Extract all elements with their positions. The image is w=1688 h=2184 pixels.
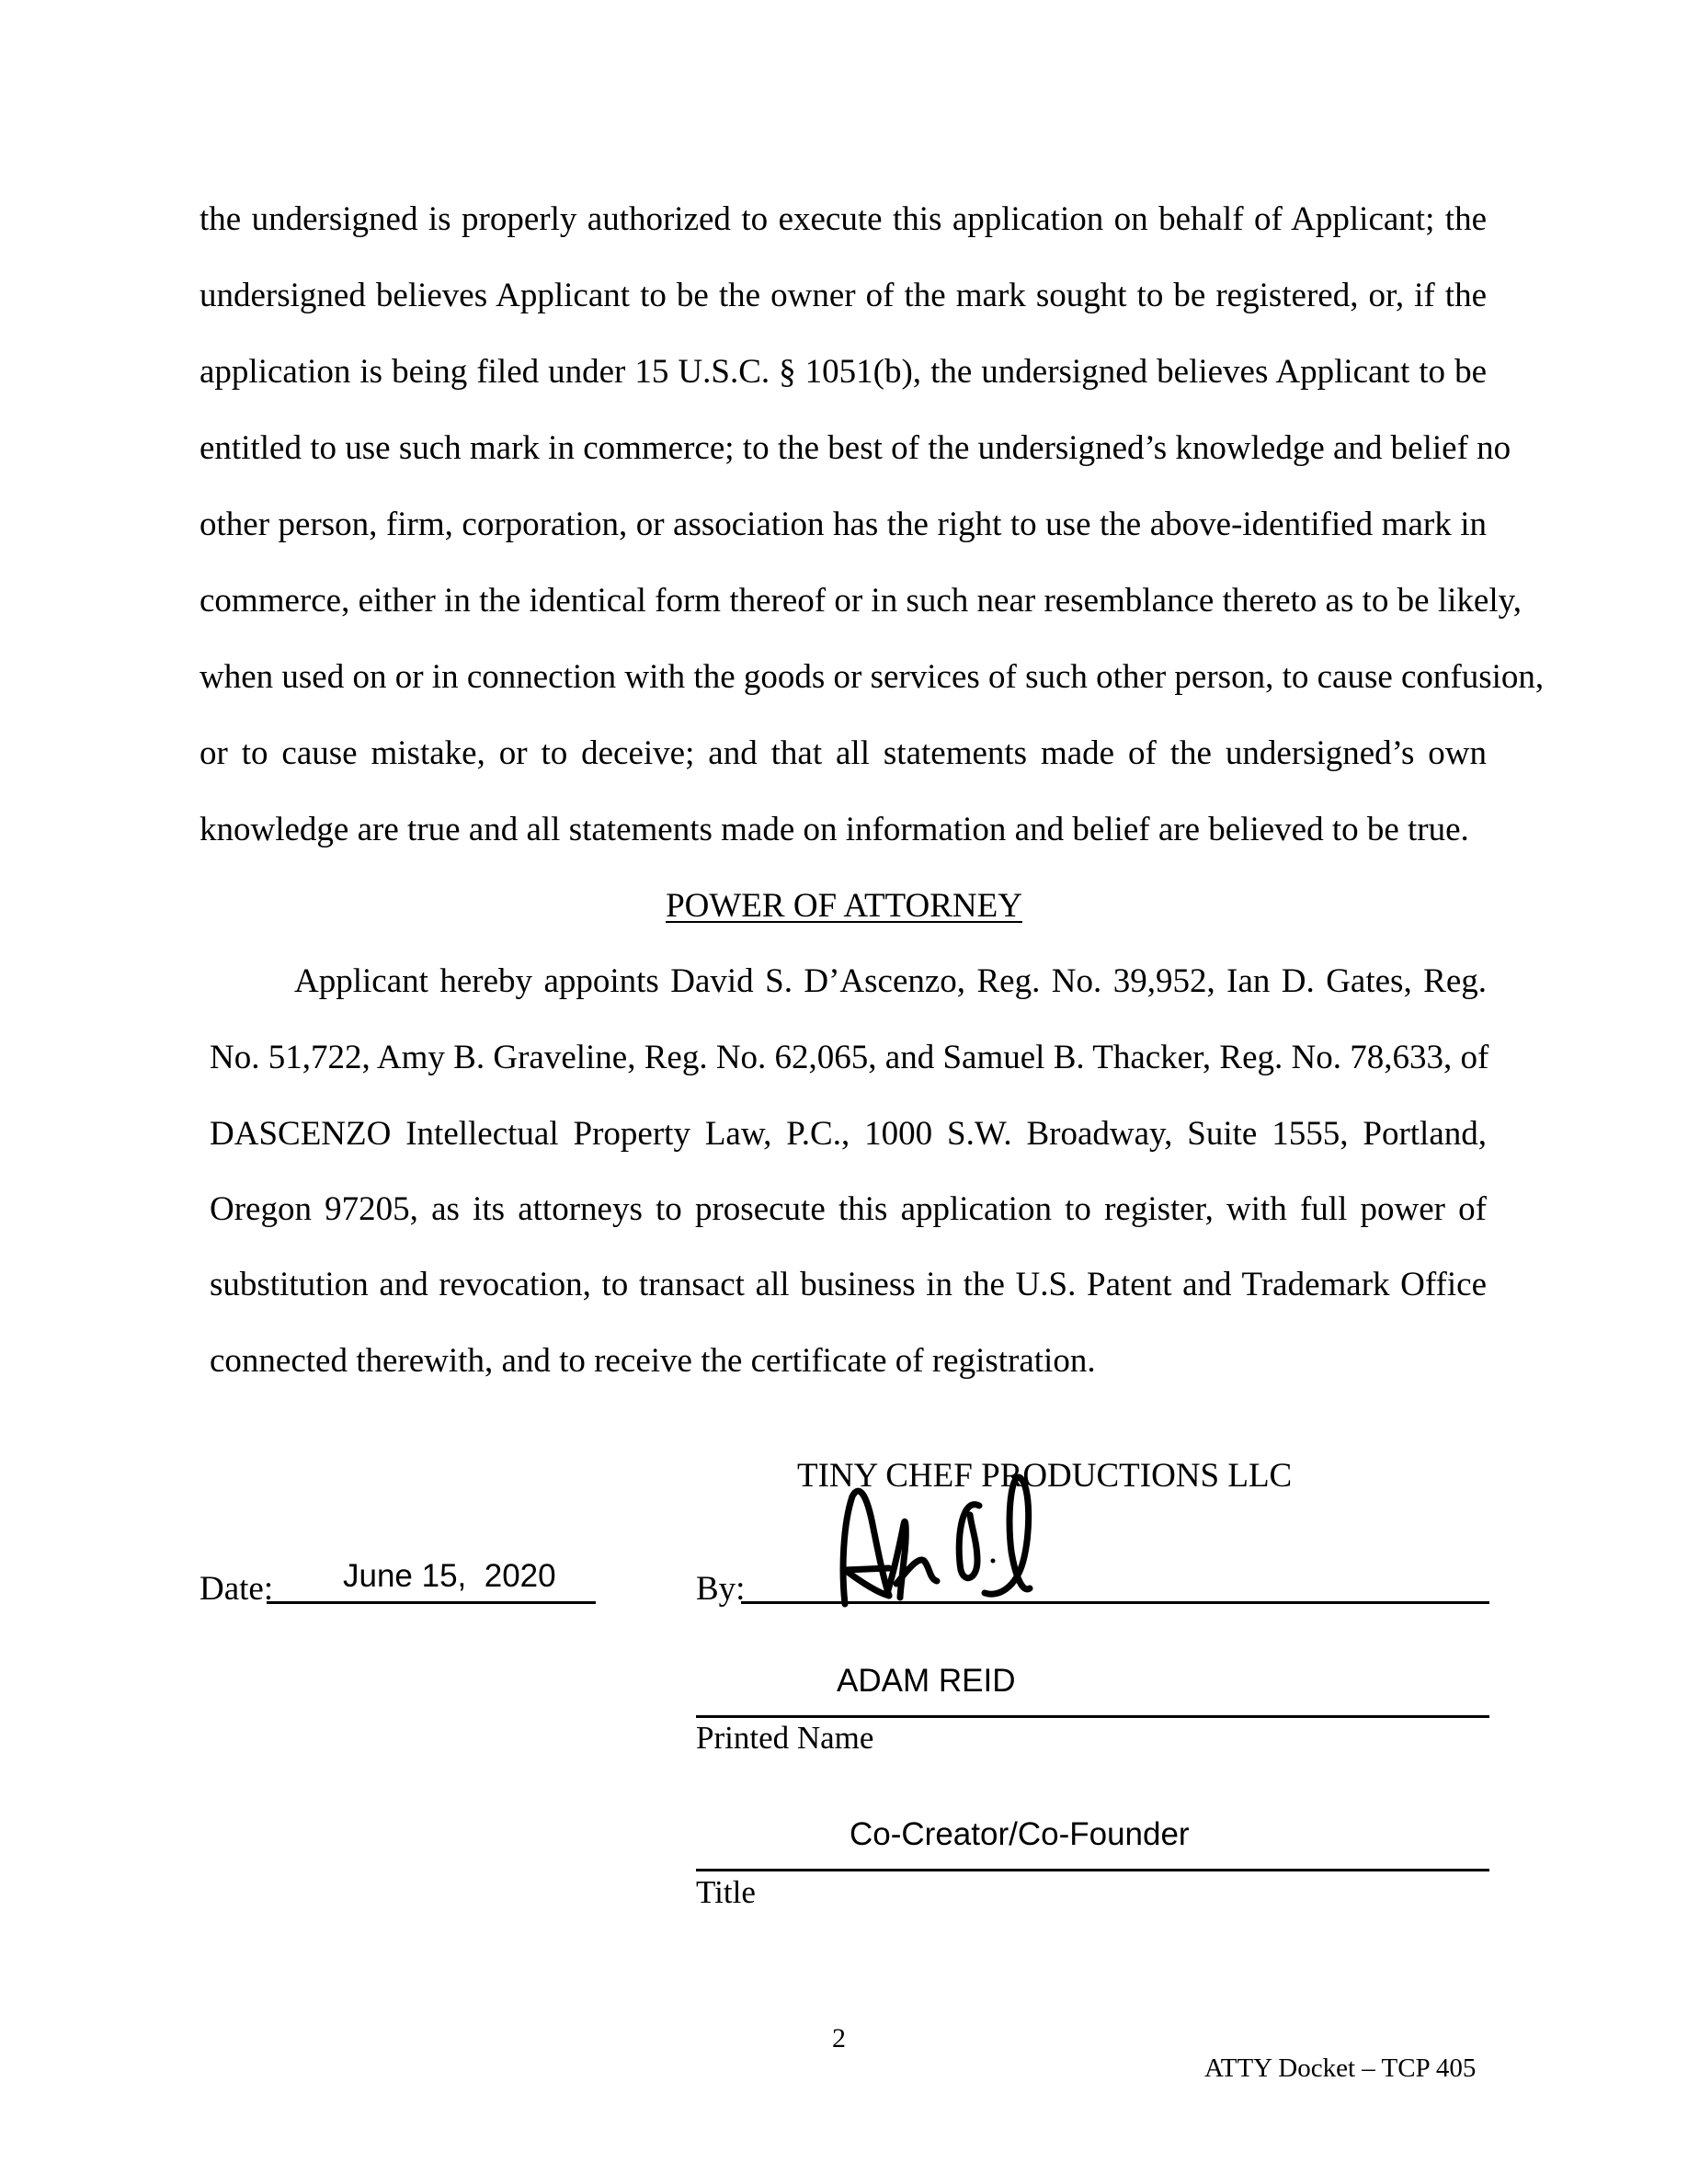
body-line: entitled to use such mark in commerce; t… bbox=[200, 430, 1487, 467]
body-line: commerce, either in the identical form t… bbox=[200, 583, 1487, 620]
page-number: 2 bbox=[832, 2025, 846, 2053]
poa-line: DASCENZO Intellectual Property Law, P.C.… bbox=[210, 1116, 1487, 1153]
body-line: the undersigned is properly authorized t… bbox=[200, 201, 1487, 238]
body-line: undersigned believes Applicant to be the… bbox=[200, 278, 1487, 314]
body-line: knowledge are true and all statements ma… bbox=[200, 812, 1487, 848]
printed-name-label: Printed Name bbox=[696, 1722, 873, 1754]
poa-line: Oregon 97205, as its attorneys to prosec… bbox=[210, 1191, 1487, 1228]
date-underline bbox=[267, 1601, 596, 1604]
docket-number: ATTY Docket – TCP 405 bbox=[1204, 2055, 1476, 2082]
date-field[interactable]: June 15, 2020 bbox=[343, 1560, 556, 1592]
by-label: By: bbox=[696, 1572, 745, 1606]
body-line: when used on or in connection with the g… bbox=[200, 659, 1487, 696]
poa-heading: POWER OF ATTORNEY bbox=[666, 887, 1022, 925]
body-line: application is being filed under 15 U.S.… bbox=[200, 354, 1487, 391]
poa-line: connected therewith, and to receive the … bbox=[210, 1343, 1487, 1380]
body-line: other person, firm, corporation, or asso… bbox=[200, 506, 1487, 543]
printed-name-field[interactable]: ADAM REID bbox=[837, 1665, 1015, 1697]
signature-icon bbox=[823, 1460, 1099, 1616]
poa-line: No. 51,722, Amy B. Graveline, Reg. No. 6… bbox=[210, 1040, 1487, 1076]
date-label: Date: bbox=[200, 1572, 273, 1606]
body-line: or to cause mistake, or to deceive; and … bbox=[200, 735, 1487, 772]
title-label: Title bbox=[696, 1876, 756, 1908]
printed-name-line bbox=[696, 1715, 1489, 1718]
poa-line: substitution and revocation, to transact… bbox=[210, 1267, 1487, 1303]
title-line bbox=[696, 1869, 1489, 1871]
section-heading: POWER OF ATTORNEY bbox=[0, 888, 1688, 925]
poa-line: Applicant hereby appoints David S. D’Asc… bbox=[210, 963, 1487, 1000]
title-field[interactable]: Co-Creator/Co-Founder bbox=[850, 1818, 1190, 1850]
